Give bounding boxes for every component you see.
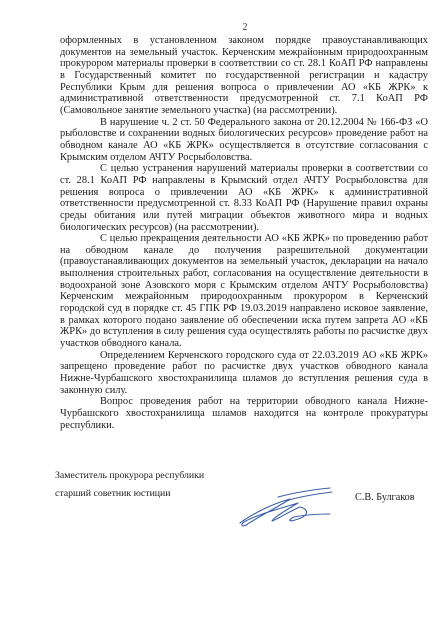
- paragraph-1: оформленных в установленном законом поря…: [60, 35, 428, 117]
- paragraph-2: В нарушение ч. 2 ст. 50 Федерального зак…: [60, 117, 428, 164]
- document-body: оформленных в установленном законом поря…: [60, 35, 428, 431]
- paragraph-6: Вопрос проведения работ на территории об…: [60, 396, 428, 431]
- signer-rank: старший советник юстиции: [55, 488, 171, 499]
- page-number: 2: [0, 22, 446, 33]
- paragraph-4: С целью прекращения деятельности АО «КБ …: [60, 233, 428, 350]
- signer-name: С.В. Булгаков: [355, 492, 415, 503]
- paragraph-3: С целью устранения нарушений материалы п…: [60, 163, 428, 233]
- signer-position: Заместитель прокурора республики: [55, 470, 204, 481]
- paragraph-5: Определением Керченского городского суда…: [60, 350, 428, 397]
- handwritten-signature-icon: [238, 487, 334, 529]
